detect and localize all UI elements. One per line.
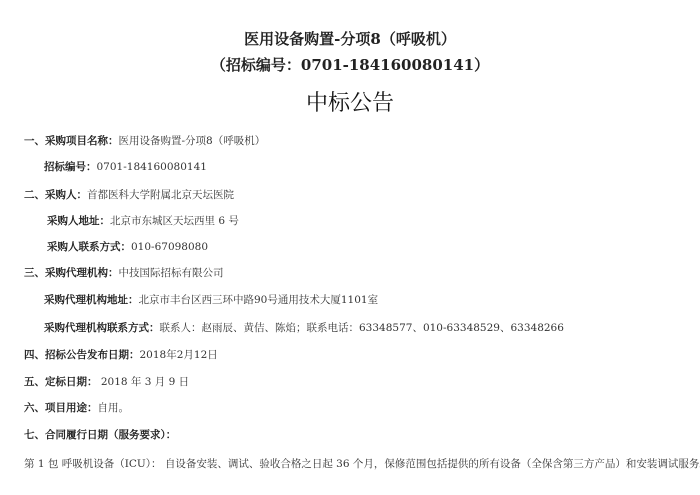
field-value: 北京市丰台区西三环中路90号通用技术大厦1101室: [139, 294, 379, 306]
section-agency-contact: 采购代理机构联系方式：联系人：赵雨辰、黄佶、陈焰；联系电话：63348577、0…: [44, 320, 564, 335]
section-award-date: 五、定标日期： 2018 年 3 月 9 日: [24, 374, 189, 389]
field-label: 采购人联系方式：: [47, 241, 131, 253]
document-title: 医用设备购置-分项8（呼吸机）: [0, 28, 700, 49]
section-purchaser-address: 采购人地址：北京市东城区天坛西里 6 号: [47, 213, 239, 228]
field-label: 五、定标日期：: [24, 376, 98, 388]
section-announcement-date: 四、招标公告发布日期：2018年2月12日: [24, 347, 218, 362]
field-value: 首都医科大学附属北京天坛医院: [87, 189, 234, 201]
section-purchaser-contact: 采购人联系方式：010-67098080: [47, 239, 208, 254]
section-bid-number: 招标编号：0701-184160080141: [44, 159, 207, 174]
package-label: 第 1 包 呼吸机设备（ICU）：: [24, 458, 161, 470]
field-value: 联系人：赵雨辰、黄佶、陈焰；联系电话：63348577、010-63348529…: [160, 322, 564, 334]
field-value: 0701-184160080141: [97, 161, 207, 173]
field-label: 六、项目用途：: [24, 402, 98, 414]
field-value: 北京市东城区天坛西里 6 号: [110, 215, 239, 227]
field-label: 招标编号：: [44, 161, 97, 173]
section-project-name: 一、采购项目名称：医用设备购置-分项8（呼吸机）: [24, 133, 265, 148]
field-label: 采购人地址：: [47, 215, 110, 227]
section-agency: 三、采购代理机构：中技国际招标有限公司: [24, 265, 224, 280]
field-label: 二、采购人：: [24, 189, 87, 201]
section-agency-address: 采购代理机构地址：北京市丰台区西三环中路90号通用技术大厦1101室: [44, 292, 378, 307]
field-label: 一、采购项目名称：: [24, 135, 119, 147]
section-package-1: 第 1 包 呼吸机设备（ICU）： 自设备安装、调试、验收合格之日起 36 个月…: [24, 456, 700, 471]
section-purchaser: 二、采购人：首都医科大学附属北京天坛医院: [24, 187, 234, 202]
field-value: 2018年2月12日: [140, 349, 218, 361]
section-contract-period: 七、合同履行日期（服务要求）：: [24, 427, 176, 442]
field-label: 采购代理机构联系方式：: [44, 322, 160, 334]
field-label: 四、招标公告发布日期：: [24, 349, 140, 361]
section-project-use: 六、项目用途：自用。: [24, 400, 129, 415]
bid-number-title: （招标编号：0701-184160080141）: [0, 54, 700, 75]
announcement-heading: 中标公告: [0, 86, 700, 117]
field-label: 三、采购代理机构：: [24, 267, 119, 279]
package-description: 自设备安装、调试、验收合格之日起 36 个月，保修范围包括提供的所有设备（全保含…: [161, 458, 700, 470]
field-value: 自用。: [98, 402, 130, 414]
field-value: 010-67098080: [131, 241, 208, 253]
field-label: 七、合同履行日期（服务要求）：: [24, 429, 176, 441]
field-label: 采购代理机构地址：: [44, 294, 139, 306]
field-value: 中技国际招标有限公司: [119, 267, 224, 279]
field-value: 医用设备购置-分项8（呼吸机）: [119, 135, 266, 147]
field-value: 2018 年 3 月 9 日: [98, 376, 190, 388]
